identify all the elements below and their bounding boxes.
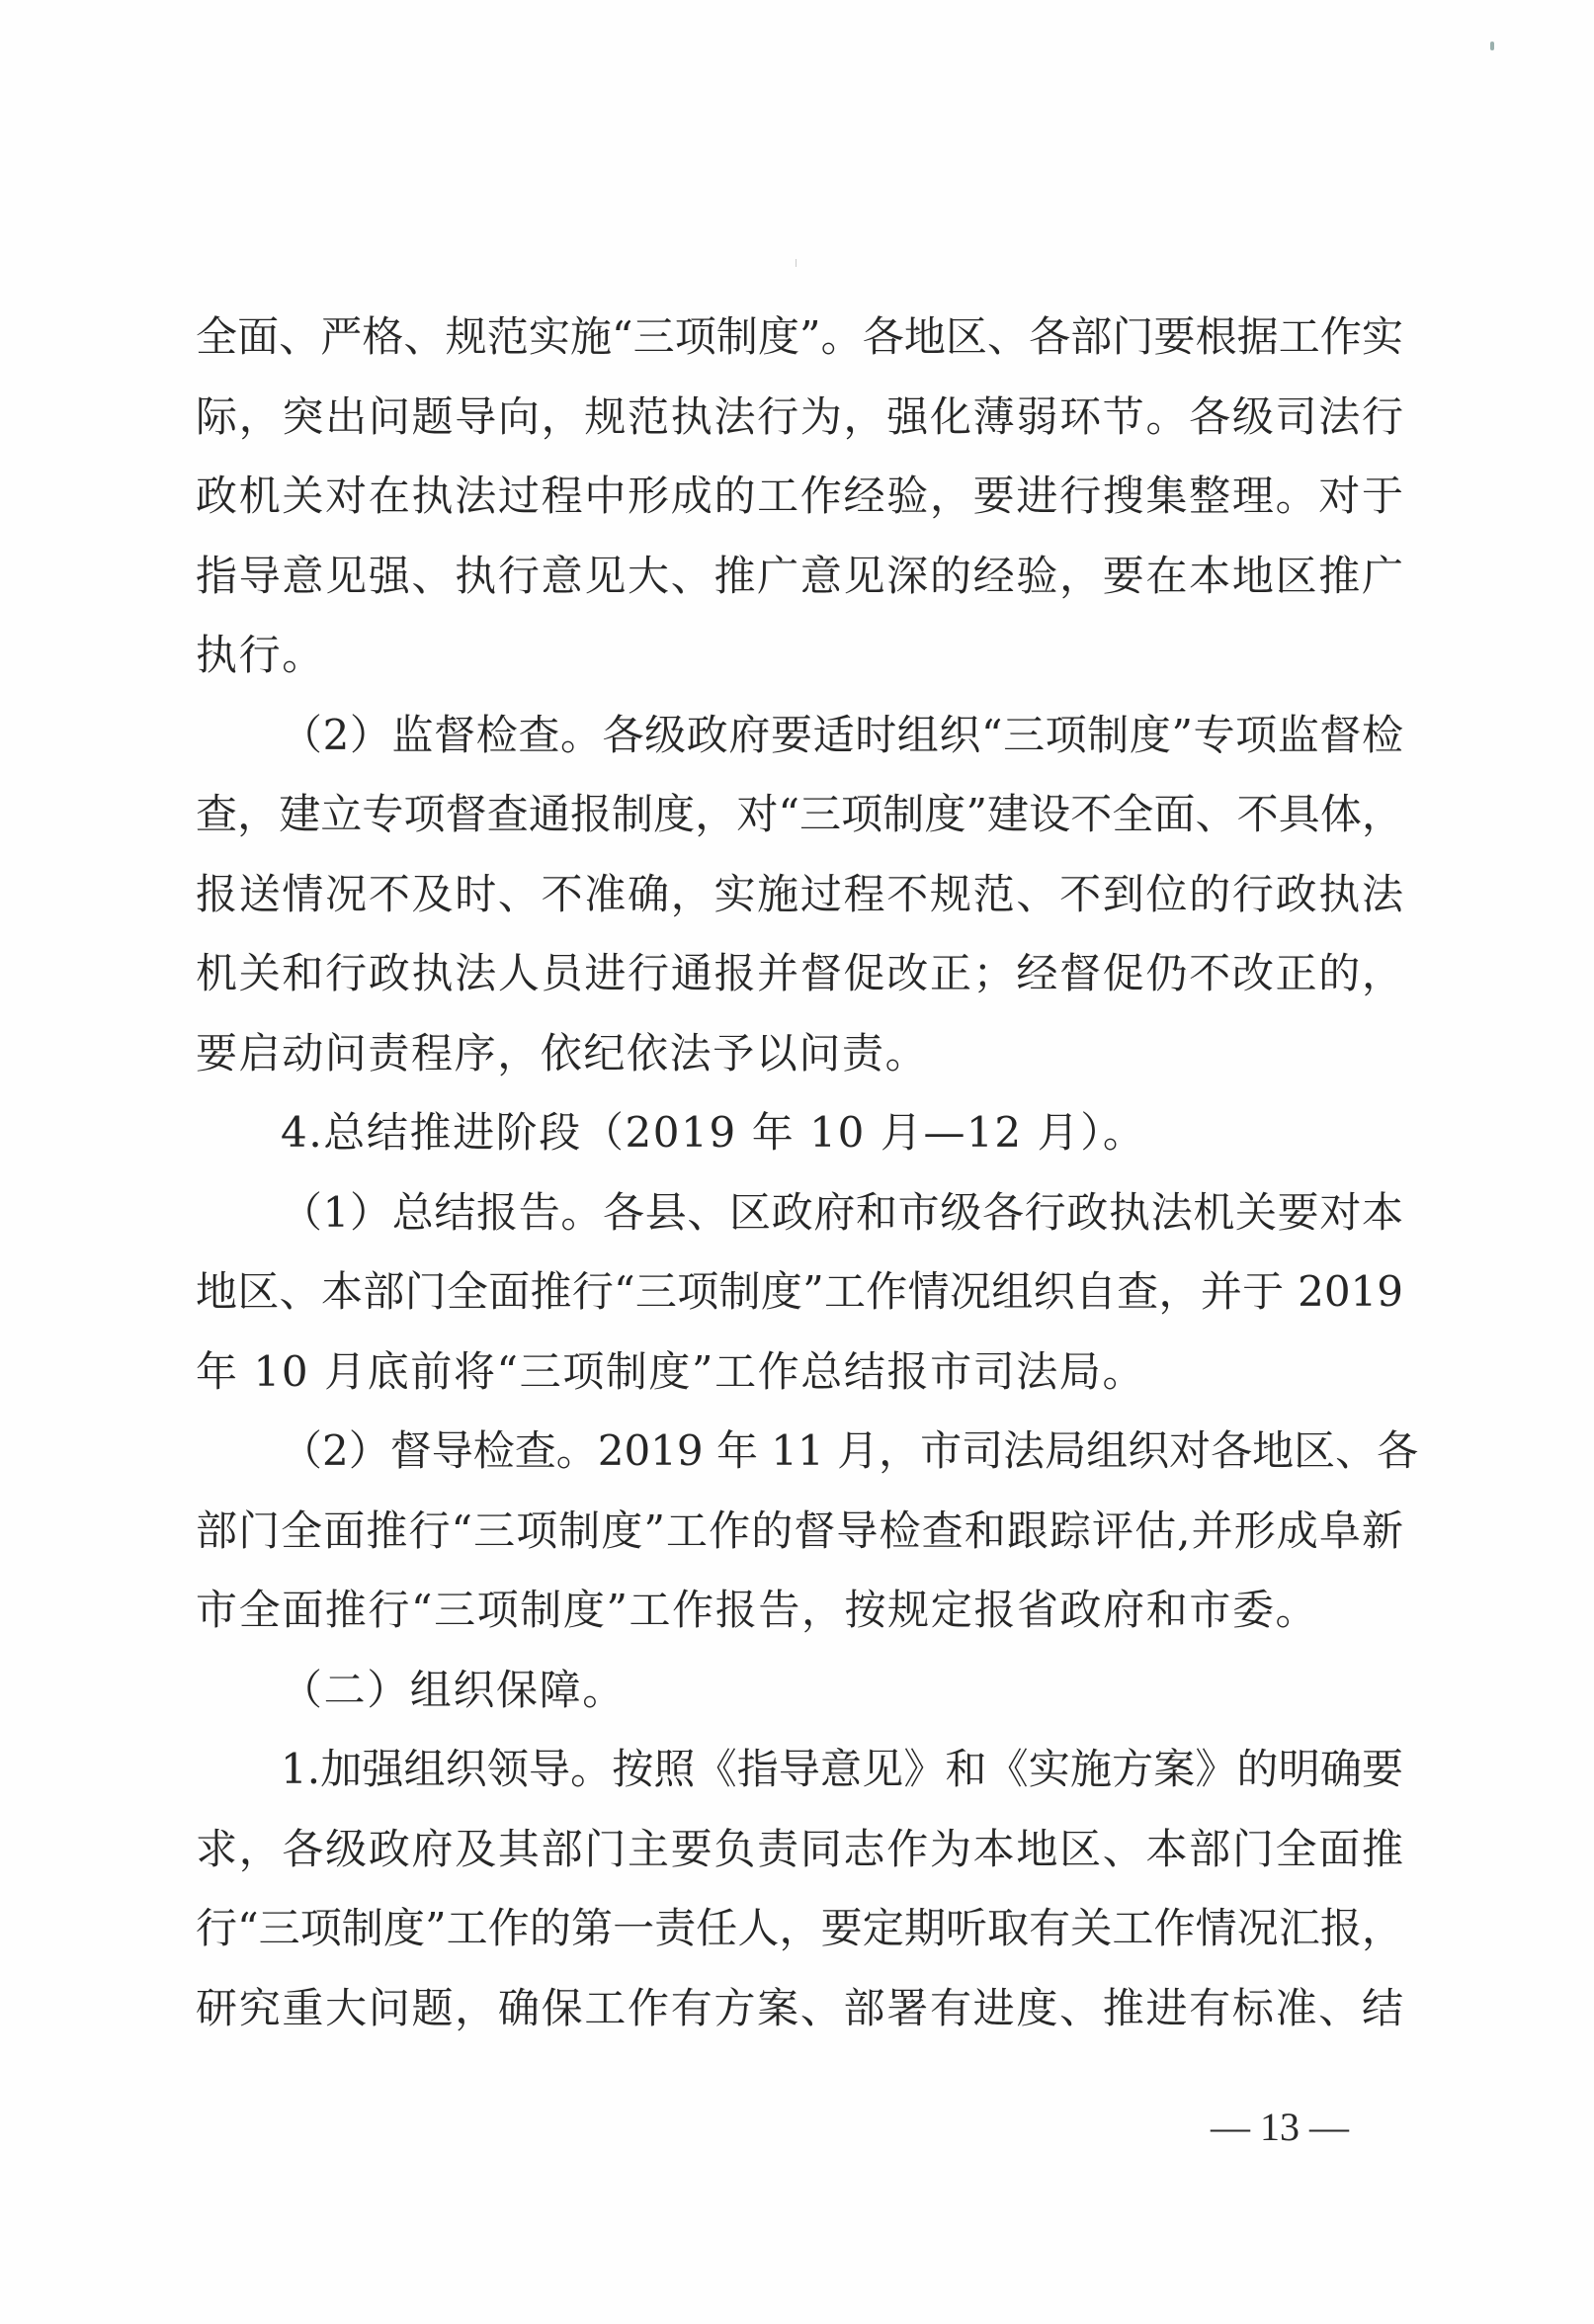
text-line: 际，突出问题导向，规范执法行为，强化薄弱环节。各级司法行 <box>196 378 1403 458</box>
scan-artifact-mark <box>796 259 797 267</box>
text-line: 研究重大问题，确保工作有方案、部署有进度、推进有标准、结 <box>196 1969 1403 2049</box>
text-line: 报送情况不及时、不准确，实施过程不规范、不到位的行政执法 <box>196 855 1403 935</box>
text-line: 机关和行政执法人员进行通报并督促改正；经督促仍不改正的， <box>196 934 1403 1014</box>
text-line: 查，建立专项督查通报制度，对“三项制度”建设不全面、不具体， <box>196 775 1403 855</box>
text-line: 市全面推行“三项制度”工作报告，按规定报省政府和市委。 <box>196 1571 1403 1651</box>
document-page: 全面、严格、规范实施“三项制度”。各地区、各部门要根据工作实 际，突出问题导向，… <box>0 0 1594 2324</box>
paragraph-heading-supervision: （2）监督检查。各级政府要适时组织“三项制度”专项监督检 <box>196 696 1403 776</box>
paragraph-heading-inspection: （2）督导检查。2019 年 11 月，市司法局组织对各地区、各 <box>196 1412 1403 1492</box>
body-text: 全面、严格、规范实施“三项制度”。各地区、各部门要根据工作实 际，突出问题导向，… <box>196 298 1403 2048</box>
text-line: 年 10 月底前将“三项制度”工作总结报市司法局。 <box>196 1333 1403 1413</box>
text-line: 地区、本部门全面推行“三项制度”工作情况组织自查，并于 2019 <box>196 1252 1403 1333</box>
text-line: 要启动问责程序，依纪依法予以问责。 <box>196 1014 1403 1094</box>
page-number: — 13 — <box>1208 2104 1352 2151</box>
paragraph-heading-summary-report: （1）总结报告。各县、区政府和市级各行政执法机关要对本 <box>196 1173 1403 1253</box>
text-line: 全面、严格、规范实施“三项制度”。各地区、各部门要根据工作实 <box>196 298 1403 378</box>
paragraph-heading-leadership: 1.加强组织领导。按照《指导意见》和《实施方案》的明确要 <box>196 1730 1403 1810</box>
text-line: 政机关对在执法过程中形成的工作经验，要进行搜集整理。对于 <box>196 457 1403 537</box>
section-heading-summary-stage: 4.总结推进阶段（2019 年 10 月—12 月）。 <box>196 1093 1403 1173</box>
text-line: 部门全面推行“三项制度”工作的督导检查和跟踪评估,并形成阜新 <box>196 1492 1403 1572</box>
text-line: 求，各级政府及其部门主要负责同志作为本地区、本部门全面推 <box>196 1810 1403 1890</box>
text-line: 指导意见强、执行意见大、推广意见深的经验，要在本地区推广 <box>196 537 1403 617</box>
text-line: 执行。 <box>196 616 1403 696</box>
scan-artifact-dot <box>1490 42 1494 50</box>
text-line: 行“三项制度”工作的第一责任人，要定期听取有关工作情况汇报， <box>196 1889 1403 1969</box>
section-heading-organization: （二）组织保障。 <box>196 1651 1403 1731</box>
